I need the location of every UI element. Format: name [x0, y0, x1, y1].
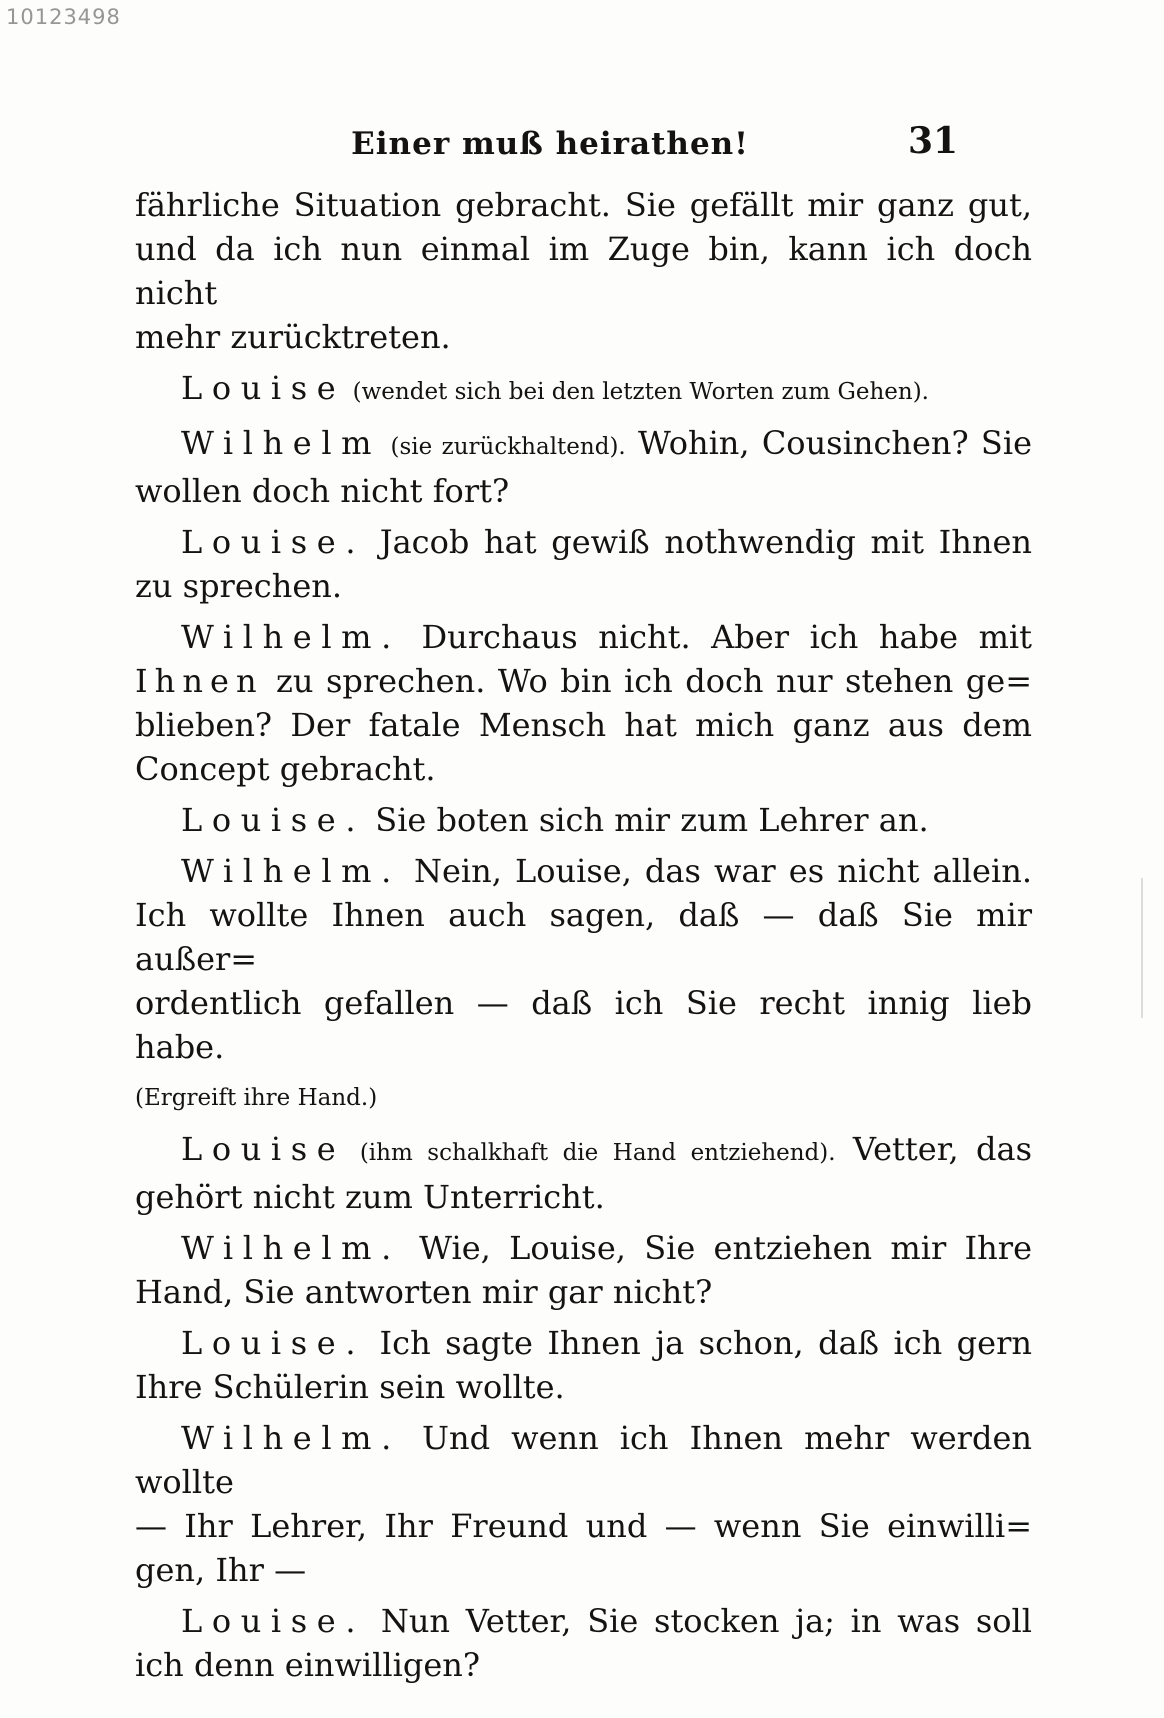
dialogue-text: Nun Vetter, Sie stocken ja; in was soll	[365, 1602, 1032, 1640]
text-line: gen, Ihr —	[135, 1548, 1032, 1592]
text-line: Louise. Sie boten sich mir zum Lehrer an…	[135, 798, 1032, 842]
dialogue-text: Vetter, das	[836, 1130, 1032, 1168]
dialogue-text: Nein, Louise, das war es nicht allein.	[401, 852, 1032, 890]
dialogue-text: Wie, Louise, Sie entziehen mir Ihre	[401, 1229, 1032, 1267]
dialogue-text: gehört nicht zum Unterricht.	[135, 1178, 605, 1216]
text-line: Wilhelm. Nein, Louise, das war es nicht …	[135, 849, 1032, 893]
stage-direction: (Ergreift ihre Hand.)	[135, 1085, 377, 1111]
text-line: blieben? Der fatale Mensch hat mich ganz…	[135, 703, 1032, 747]
text-line: Louise (ihm schalkhaft die Hand entziehe…	[135, 1127, 1032, 1175]
stage-direction: (wendet sich bei den letzten Worten zum …	[345, 379, 929, 405]
dialogue-text: — Ihr Lehrer, Ihr Freund und — wenn Sie …	[135, 1507, 1032, 1545]
dialogue-text: Ich wollte Ihnen auch sagen, daß — daß S…	[135, 896, 1032, 978]
dialogue-text: Concept gebracht.	[135, 750, 436, 788]
text-line: Wilhelm (sie zurückhaltend). Wohin, Cous…	[135, 421, 1032, 469]
scan-id-number: 10123498	[6, 5, 121, 29]
speaker-name: Louise.	[181, 1324, 365, 1362]
speaker-name: Wilhelm.	[181, 852, 401, 890]
text-line: Louise. Jacob hat gewiß nothwendig mit I…	[135, 520, 1032, 564]
dialogue-text: ordentlich gefallen — daß ich Sie recht …	[135, 984, 1032, 1066]
speaker-name: Louise.	[181, 523, 365, 561]
page-number: 31	[908, 120, 958, 162]
speaker-name: Louise	[181, 369, 345, 407]
text-line: Hand, Sie antworten mir gar nicht?	[135, 1270, 1032, 1314]
stage-direction: (ihm schalkhaft die Hand entziehend).	[345, 1140, 835, 1166]
dialogue-text: und da ich nun einmal im Zuge bin, kann …	[135, 230, 1032, 312]
speaker-name: Wilhelm.	[181, 1419, 401, 1457]
running-header-title: Einer muß heirathen!	[135, 126, 965, 162]
dialogue-text: blieben? Der fatale Mensch hat mich ganz…	[135, 706, 1032, 744]
dialogue-text: ich denn einwilligen?	[135, 1646, 480, 1684]
speaker-name: Louise.	[181, 1602, 365, 1640]
speaker-name: Louise	[181, 1130, 345, 1168]
speaker-name: Wilhelm.	[181, 1229, 401, 1267]
text-line: Ihnen zu sprechen. Wo bin ich doch nur s…	[135, 659, 1032, 703]
dialogue-text: zu sprechen.	[135, 567, 342, 605]
text-line: (Ergreift ihre Hand.)	[135, 1076, 1032, 1120]
text-line: Louise (wendet sich bei den letzten Wort…	[135, 366, 1032, 414]
text-line: Ich wollte Ihnen auch sagen, daß — daß S…	[135, 893, 1032, 981]
text-line: Wilhelm. Durchaus nicht. Aber ich habe m…	[135, 615, 1032, 659]
dialogue-text: Durchaus nicht. Aber ich habe mit	[401, 618, 1032, 656]
text-line: Louise. Ich sagte Ihnen ja schon, daß ic…	[135, 1321, 1032, 1365]
text-line: zu sprechen.	[135, 564, 1032, 608]
text-line: gehört nicht zum Unterricht.	[135, 1175, 1032, 1219]
dialogue-text: Sie boten sich mir zum Lehrer an.	[365, 801, 929, 839]
text-line: und da ich nun einmal im Zuge bin, kann …	[135, 227, 1032, 315]
speaker-name: Wilhelm.	[181, 618, 401, 656]
scan-artifact-line	[1141, 878, 1143, 1018]
dialogue-text: zu sprechen. Wo bin ich doch nur stehen …	[264, 662, 1032, 700]
dialogue-text: Wohin, Cousinchen? Sie	[626, 424, 1032, 462]
speaker-name: Wilhelm	[181, 424, 381, 462]
dialogue-text: Ich sagte Ihnen ja schon, daß ich gern	[365, 1324, 1032, 1362]
text-body: fährliche Situation gebracht. Sie gefäll…	[135, 183, 1032, 1687]
text-line: Wilhelm. Wie, Louise, Sie entziehen mir …	[135, 1226, 1032, 1270]
text-line: Wilhelm. Und wenn ich Ihnen mehr werden …	[135, 1416, 1032, 1504]
text-line: wollen doch nicht fort?	[135, 469, 1032, 513]
text-line: — Ihr Lehrer, Ihr Freund und — wenn Sie …	[135, 1504, 1032, 1548]
text-line: Louise. Nun Vetter, Sie stocken ja; in w…	[135, 1599, 1032, 1643]
speaker-name: Louise.	[181, 801, 365, 839]
dialogue-text: Ihre Schülerin sein wollte.	[135, 1368, 565, 1406]
text-line: mehr zurücktreten.	[135, 315, 1032, 359]
dialogue-text: mehr zurücktreten.	[135, 318, 451, 356]
text-line: Ihre Schülerin sein wollte.	[135, 1365, 1032, 1409]
dialogue-text: fährliche Situation gebracht. Sie gefäll…	[135, 186, 1032, 224]
emphasized-word: Ihnen	[135, 662, 264, 700]
stage-direction: (sie zurückhaltend).	[381, 434, 626, 460]
dialogue-text: wollen doch nicht fort?	[135, 472, 509, 510]
text-line: Concept gebracht.	[135, 747, 1032, 791]
dialogue-text: Hand, Sie antworten mir gar nicht?	[135, 1273, 712, 1311]
text-line: ordentlich gefallen — daß ich Sie recht …	[135, 981, 1032, 1069]
book-page: 10123498 Einer muß heirathen! 31 fährlic…	[0, 0, 1164, 1718]
text-line: ich denn einwilligen?	[135, 1643, 1032, 1687]
dialogue-text: Jacob hat gewiß nothwendig mit Ihnen	[365, 523, 1032, 561]
text-line: fährliche Situation gebracht. Sie gefäll…	[135, 183, 1032, 227]
dialogue-text: gen, Ihr —	[135, 1551, 306, 1589]
